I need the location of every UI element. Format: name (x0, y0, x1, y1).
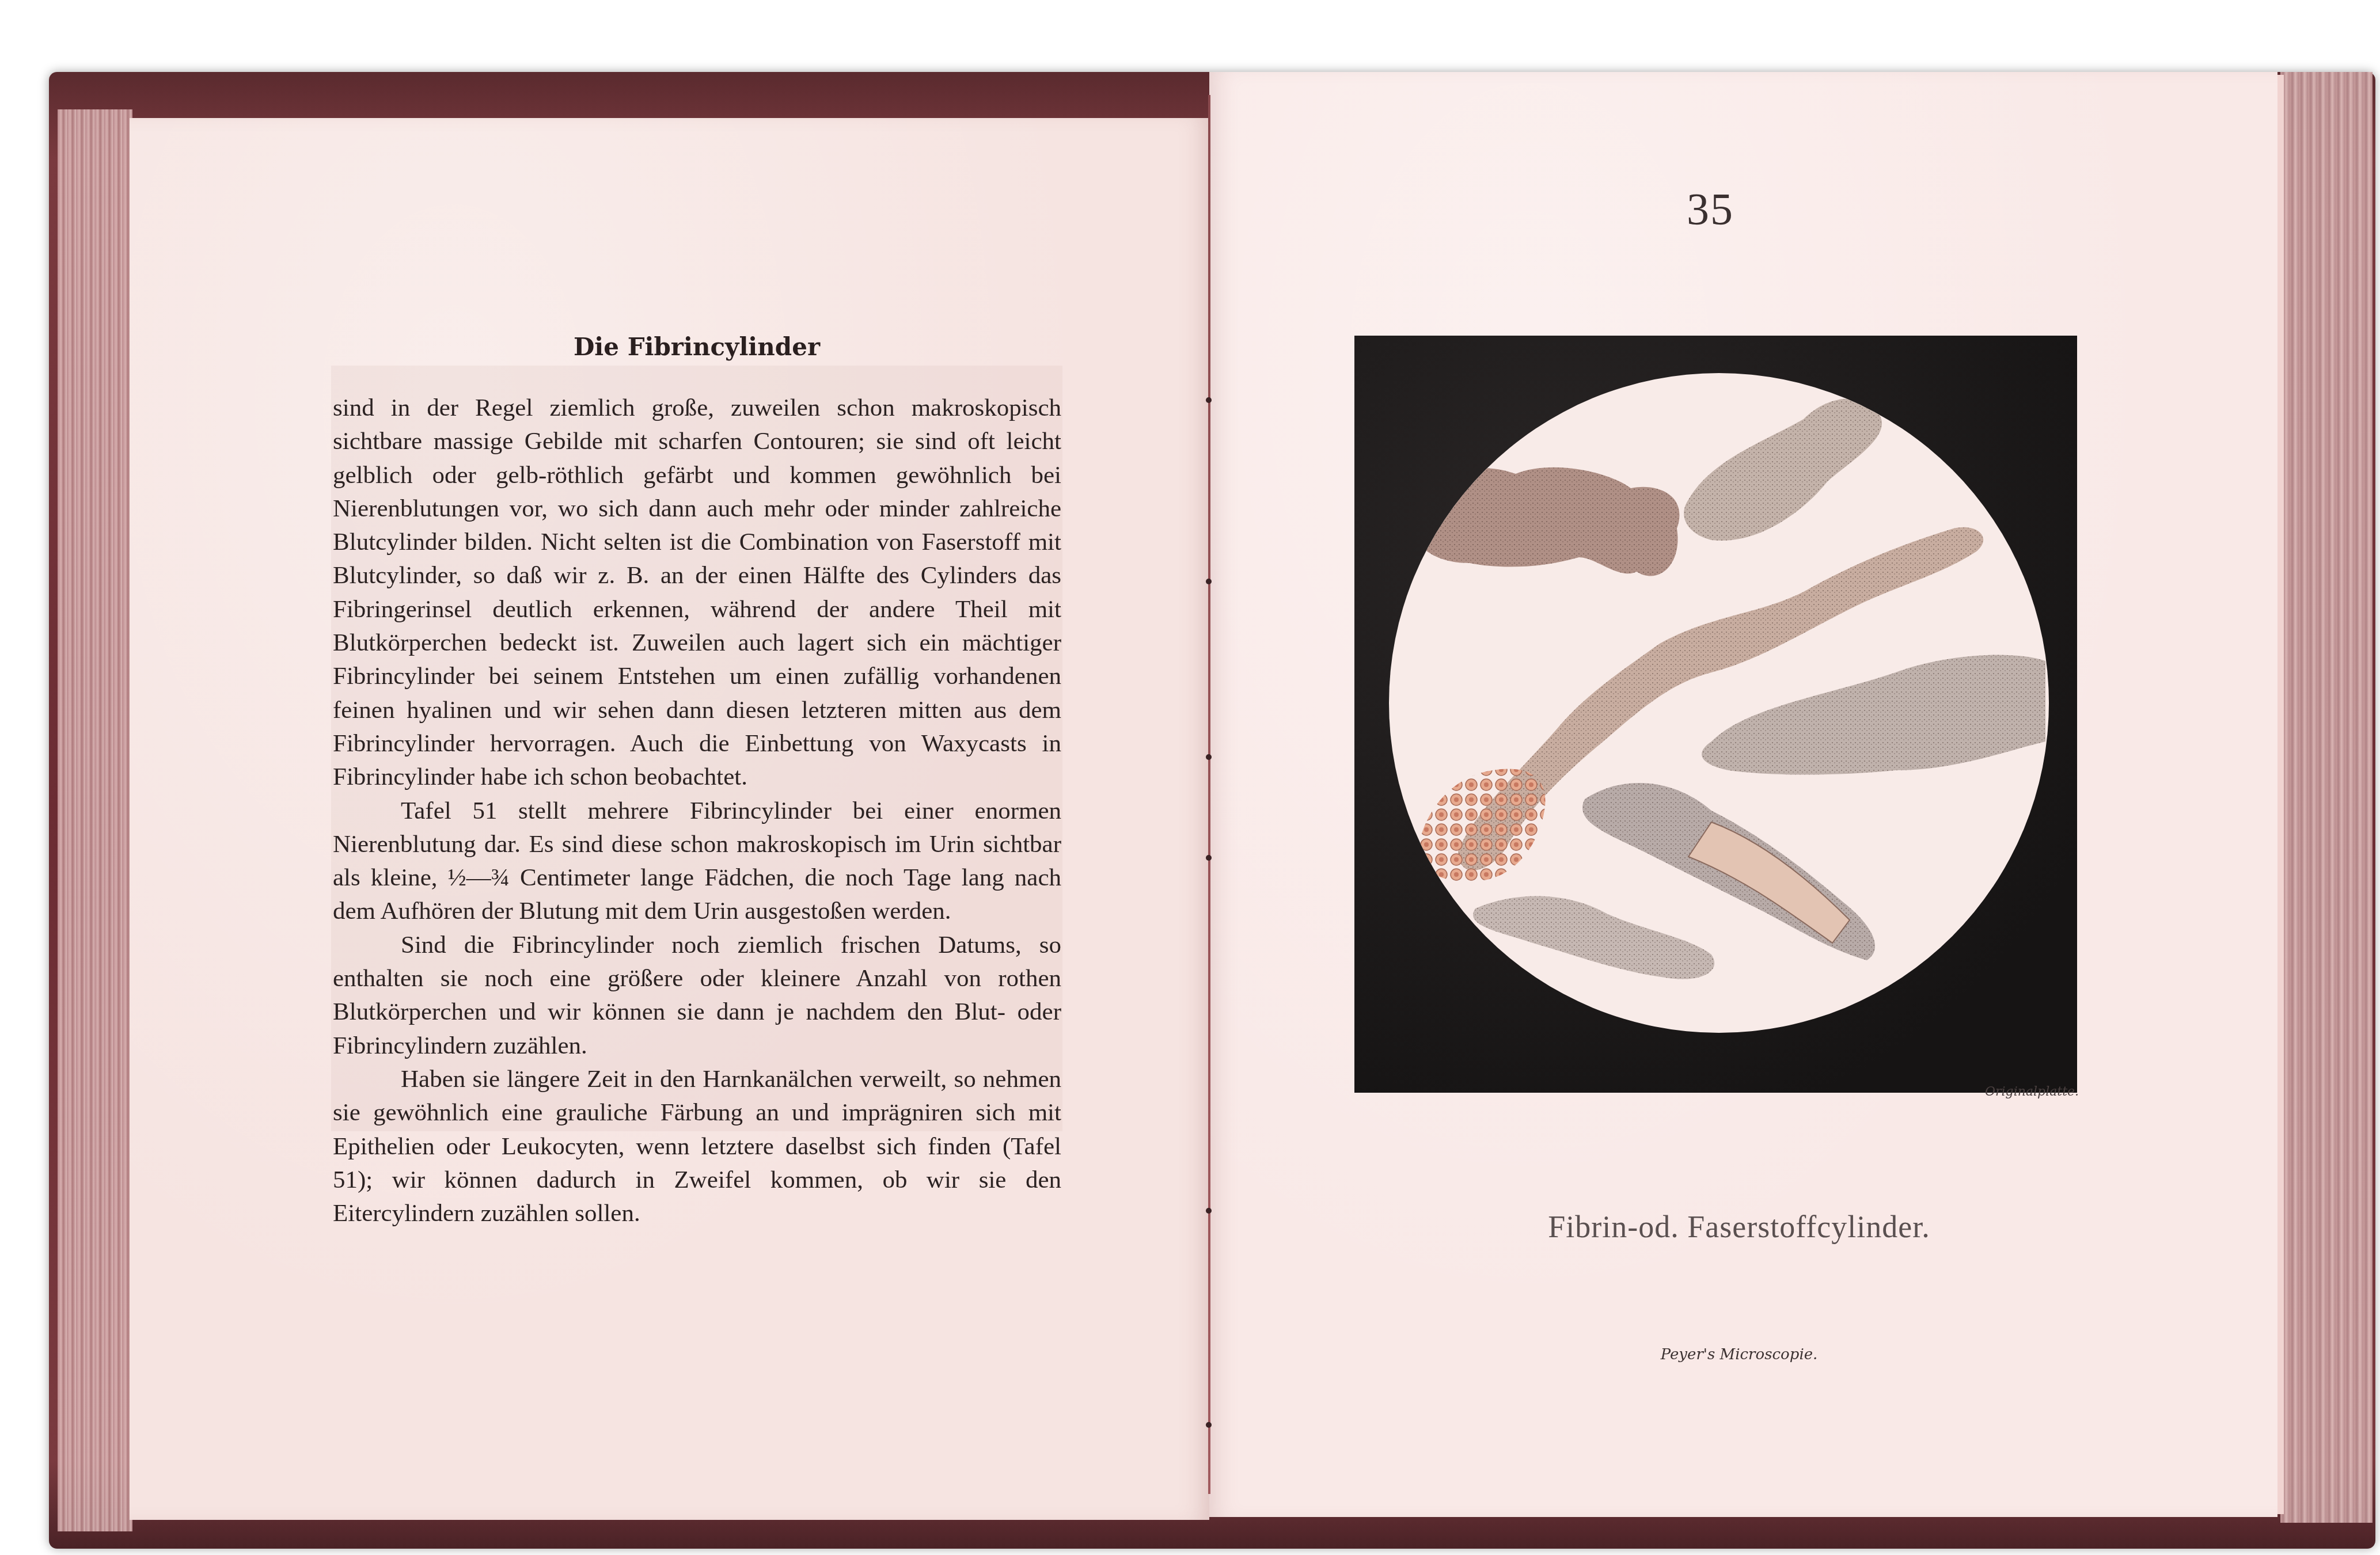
paragraph: Haben sie längere Zeit in den Harnkanälc… (333, 1063, 1061, 1230)
plate-number: 35 (1670, 183, 1751, 235)
plate-caption: Fibrin-od. Faserstoffcylinder. (1509, 1209, 1969, 1245)
paragraph: sind in der Regel ziemlich große, zuweil… (333, 391, 1061, 794)
paragraph: Sind die Fibrincylinder noch ziemlich fr… (333, 929, 1061, 1063)
body-text: sind in der Regel ziemlich große, zuweil… (333, 391, 1061, 1230)
left-page-edges (58, 109, 132, 1531)
section-title: Die Fibrincylinder (322, 333, 1071, 361)
publisher-line: Peyer's Microscopie. (1624, 1346, 1854, 1363)
binding-stitch (1206, 1422, 1212, 1428)
fibrin-casts-drawing (1389, 373, 2049, 1033)
paragraph: Tafel 51 stellt mehrere Fibrincylinder b… (333, 794, 1061, 929)
binding-stitch (1206, 579, 1212, 584)
binding-stitch (1206, 1208, 1212, 1214)
right-page-edges (2280, 72, 2373, 1523)
binding-stitch (1206, 754, 1212, 760)
binding-stitch (1206, 855, 1212, 861)
plate-credit: Originalplatte. (1952, 1085, 2079, 1099)
book-spine (1208, 95, 1210, 1494)
binding-stitch (1206, 397, 1212, 403)
microscope-field-illustration (1389, 373, 2049, 1033)
